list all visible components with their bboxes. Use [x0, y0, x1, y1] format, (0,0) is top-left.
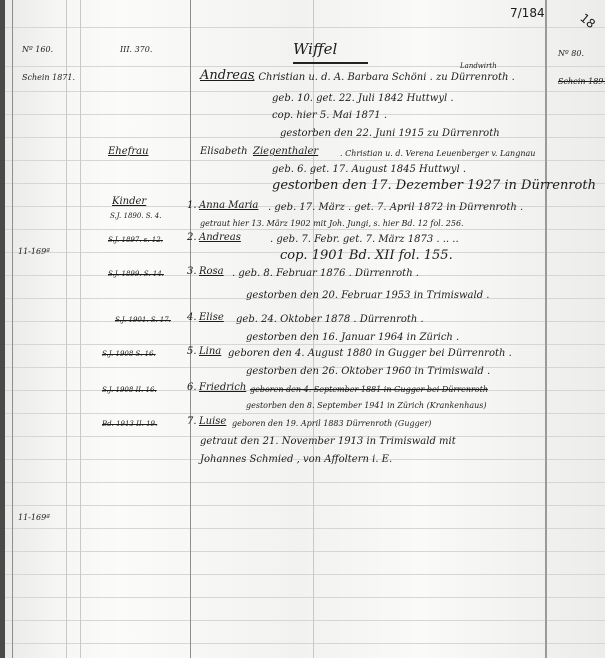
child-name: Luise — [199, 416, 226, 428]
ruled-line — [5, 91, 605, 92]
wife-label: Ehefrau — [108, 146, 149, 158]
child-line2: gestorben den 20. Februar 1953 in Trimis… — [246, 290, 489, 302]
title-underline — [293, 62, 368, 64]
page-number: 7/184 — [510, 6, 545, 20]
child-name: Friedrich — [199, 382, 246, 394]
child-margin-ref: S.J. 1908 S. 16. — [102, 348, 156, 360]
child-name: Rosa — [199, 266, 224, 278]
column-line — [80, 0, 81, 658]
child-line1: . geb. 17. März . get. 7. April 1872 in … — [268, 202, 523, 214]
head-name: Andreas — [200, 70, 254, 82]
child-name: Andreas — [199, 232, 241, 244]
column-line — [66, 0, 67, 658]
child-name: Anna Maria — [199, 200, 258, 212]
child-line2: gestorben den 16. Januar 1964 in Zürich … — [246, 332, 459, 344]
ruled-line — [5, 66, 605, 67]
ruled-line — [5, 505, 605, 506]
child-number: 6. — [187, 382, 197, 394]
child-number: 7. — [187, 416, 197, 428]
child-name: Elise — [199, 312, 224, 324]
ruled-line — [5, 27, 605, 28]
page-number-edge: 18 — [577, 11, 598, 32]
wife-first-name: Elisabeth — [200, 146, 248, 158]
column-line — [12, 0, 13, 658]
child-number: 2. — [187, 232, 197, 244]
head-line3: cop. hier 5. Mai 1871 . — [272, 110, 387, 122]
column-line — [545, 0, 547, 658]
child-margin-ref: S.J. 1899. S. 14. — [108, 268, 164, 280]
ruled-line — [5, 574, 605, 575]
head-line2: geb. 10. get. 22. Juli 1842 Huttwyl . — [272, 93, 454, 105]
ruled-line — [5, 528, 605, 529]
ruled-line — [5, 413, 605, 414]
head-line4: gestorben den 22. Juni 1915 zu Dürrenrot… — [280, 128, 500, 140]
children-label: Kinder — [112, 196, 146, 208]
child-margin-ref: S.J. 1901. S. 17. — [115, 314, 171, 326]
child-line3: Johannes Schmied , von Affoltern i. E. — [200, 454, 392, 466]
left-ref-date: Schein 1871. — [22, 72, 75, 84]
ruled-line — [5, 160, 605, 161]
child-line2: gestorben den 8. September 1941 in Züric… — [246, 400, 487, 412]
wife-line3: gestorben den 17. Dezember 1927 in Dürre… — [272, 180, 596, 192]
head-line1: . Christian u. d. A. Barbara Schöni . zu… — [252, 72, 515, 84]
ruled-line — [5, 620, 605, 621]
ruled-line — [5, 597, 605, 598]
child-line2: getraut hier 13. März 1902 mit Joh. Jung… — [200, 218, 464, 230]
child-margin-ref: S.J. 1897. s. 12. — [108, 234, 163, 246]
wife-line2: geb. 6. get. 17. August 1845 Huttwyl . — [272, 164, 466, 176]
child-line1: geboren den 4. September 1881 in Gugger … — [250, 384, 488, 396]
child-line2: cop. 1901 Bd. XII fol. 155. — [280, 250, 453, 262]
left-ref-mid: 11-169ª — [18, 246, 50, 258]
ruled-line — [5, 643, 605, 644]
left-ref-low: 11-169ª — [18, 512, 50, 524]
child-name: Lina — [199, 346, 221, 358]
ruled-line — [5, 482, 605, 483]
child-line1: . geb. 8. Februar 1876 . Dürrenroth . — [232, 268, 419, 280]
wife-line1: . Christian u. d. Verena Leuenberger v. … — [340, 148, 535, 160]
ruled-line — [5, 551, 605, 552]
column-line — [190, 0, 191, 658]
register-page: 7/184 18 Nº 160. Schein 1871. 11-169ª 11… — [0, 0, 605, 658]
child-margin-ref: S.J. 1908 II. 16. — [102, 384, 157, 396]
child-number: 5. — [187, 346, 197, 358]
child-margin-ref: S.J. 1890. S. 4. — [110, 210, 161, 222]
head-occupation: Landwirth — [460, 60, 497, 72]
child-line1: geboren den 4. August 1880 in Gugger bei… — [228, 348, 512, 360]
child-number: 4. — [187, 312, 197, 324]
child-line2: gestorben den 26. Oktober 1960 in Trimis… — [246, 366, 490, 378]
child-line1: geb. 24. Oktober 1878 . Dürrenroth . — [236, 314, 424, 326]
ruled-line — [5, 344, 605, 345]
child-number: 3. — [187, 266, 197, 278]
child-margin-ref: Bd. 1913 II. 19. — [102, 418, 157, 430]
child-line1: . geb. 7. Febr. get. 7. März 1873 . .. .… — [270, 234, 459, 246]
right-ref-date: Schein 1891. — [558, 76, 605, 88]
register-ref: III. 370. — [120, 44, 152, 56]
child-line1: geboren den 19. April 1883 Dürrenroth (G… — [232, 418, 431, 430]
left-ref-top: Nº 160. — [22, 44, 53, 56]
family-name-title: Wiffel — [293, 40, 337, 58]
child-number: 1. — [187, 200, 197, 212]
child-line2: getraut den 21. November 1913 in Trimisw… — [200, 436, 456, 448]
page-binding-edge — [0, 0, 5, 658]
wife-last-name: Ziegenthaler — [253, 146, 318, 158]
right-ref-top: Nº 80. — [558, 48, 584, 60]
